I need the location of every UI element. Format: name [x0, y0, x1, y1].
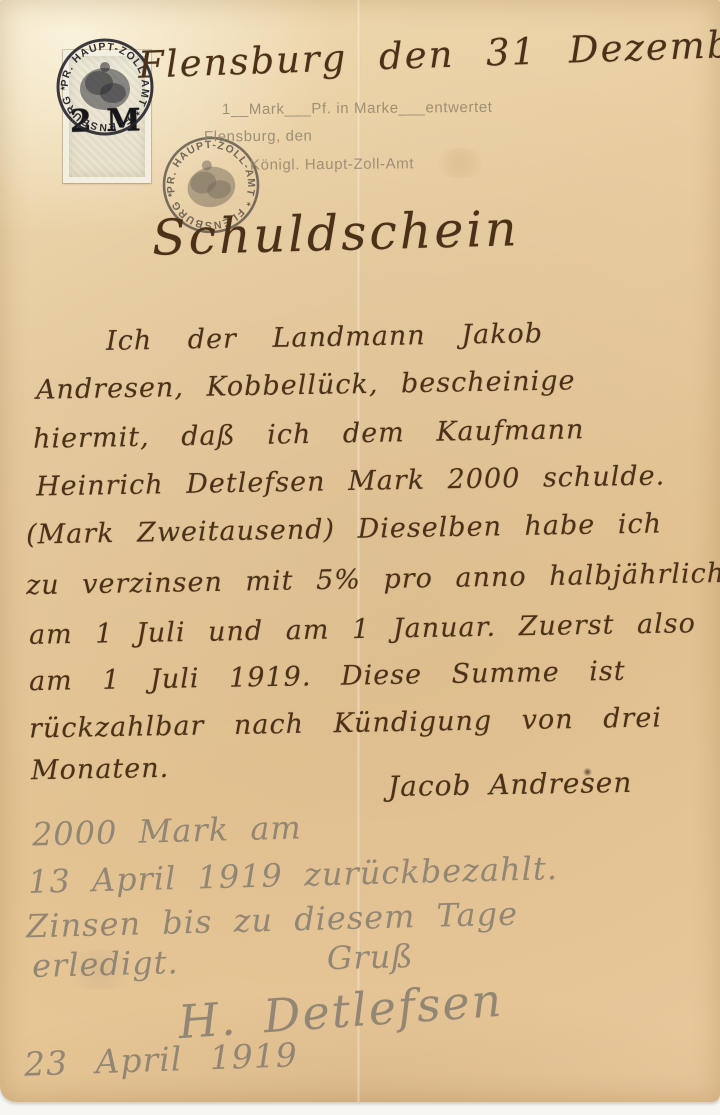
ink-signature: Jacob Andresen	[388, 766, 633, 803]
body-line: rückzahlbar nach Kündigung von drei	[29, 702, 663, 744]
body-line: Andresen, Kobbellück, bescheinige	[36, 365, 576, 405]
body-line: Heinrich Detlefsen Mark 2000 schulde.	[36, 461, 666, 503]
paper-stain	[430, 148, 490, 178]
body-line: hiermit, daß ich dem Kaufmann	[33, 414, 585, 455]
document-title: Schuldschein	[151, 200, 520, 267]
body-line: Monaten.	[31, 753, 170, 786]
document-paper: 2 M PR. HAUPT-ZOLL-AMT * FLENSBURG *	[0, 0, 720, 1102]
pencil-note-line: 2000 Mark am	[32, 808, 303, 853]
printed-form-line: Flensburg, den	[204, 128, 313, 146]
body-line: zu verzinsen mit 5% pro anno halbjährlic…	[26, 558, 720, 601]
body-line: (Mark Zweitausend) Dieselben habe ich	[26, 508, 662, 550]
pencil-note-line: 13 April 1919 zurückbezahlt.	[28, 849, 559, 901]
printed-form-line: Königl. Haupt-Zoll-Amt	[250, 155, 414, 173]
body-line: Ich der Landmann Jakob	[106, 318, 544, 357]
printed-form-line: 1__Mark___Pf. in Marke___entwertet	[222, 99, 493, 118]
handwritten-date-line: Flensburg den 31 Dezember 1918.	[137, 16, 720, 86]
pencil-date: 23 April 1919	[23, 1035, 298, 1084]
body-line: am 1 Juli 1919. Diese Summe ist	[29, 656, 626, 697]
pencil-note-line: Zinsen bis zu diesem Tage	[26, 895, 519, 946]
body-line: am 1 Juli und am 1 Januar. Zuerst also	[29, 608, 696, 651]
